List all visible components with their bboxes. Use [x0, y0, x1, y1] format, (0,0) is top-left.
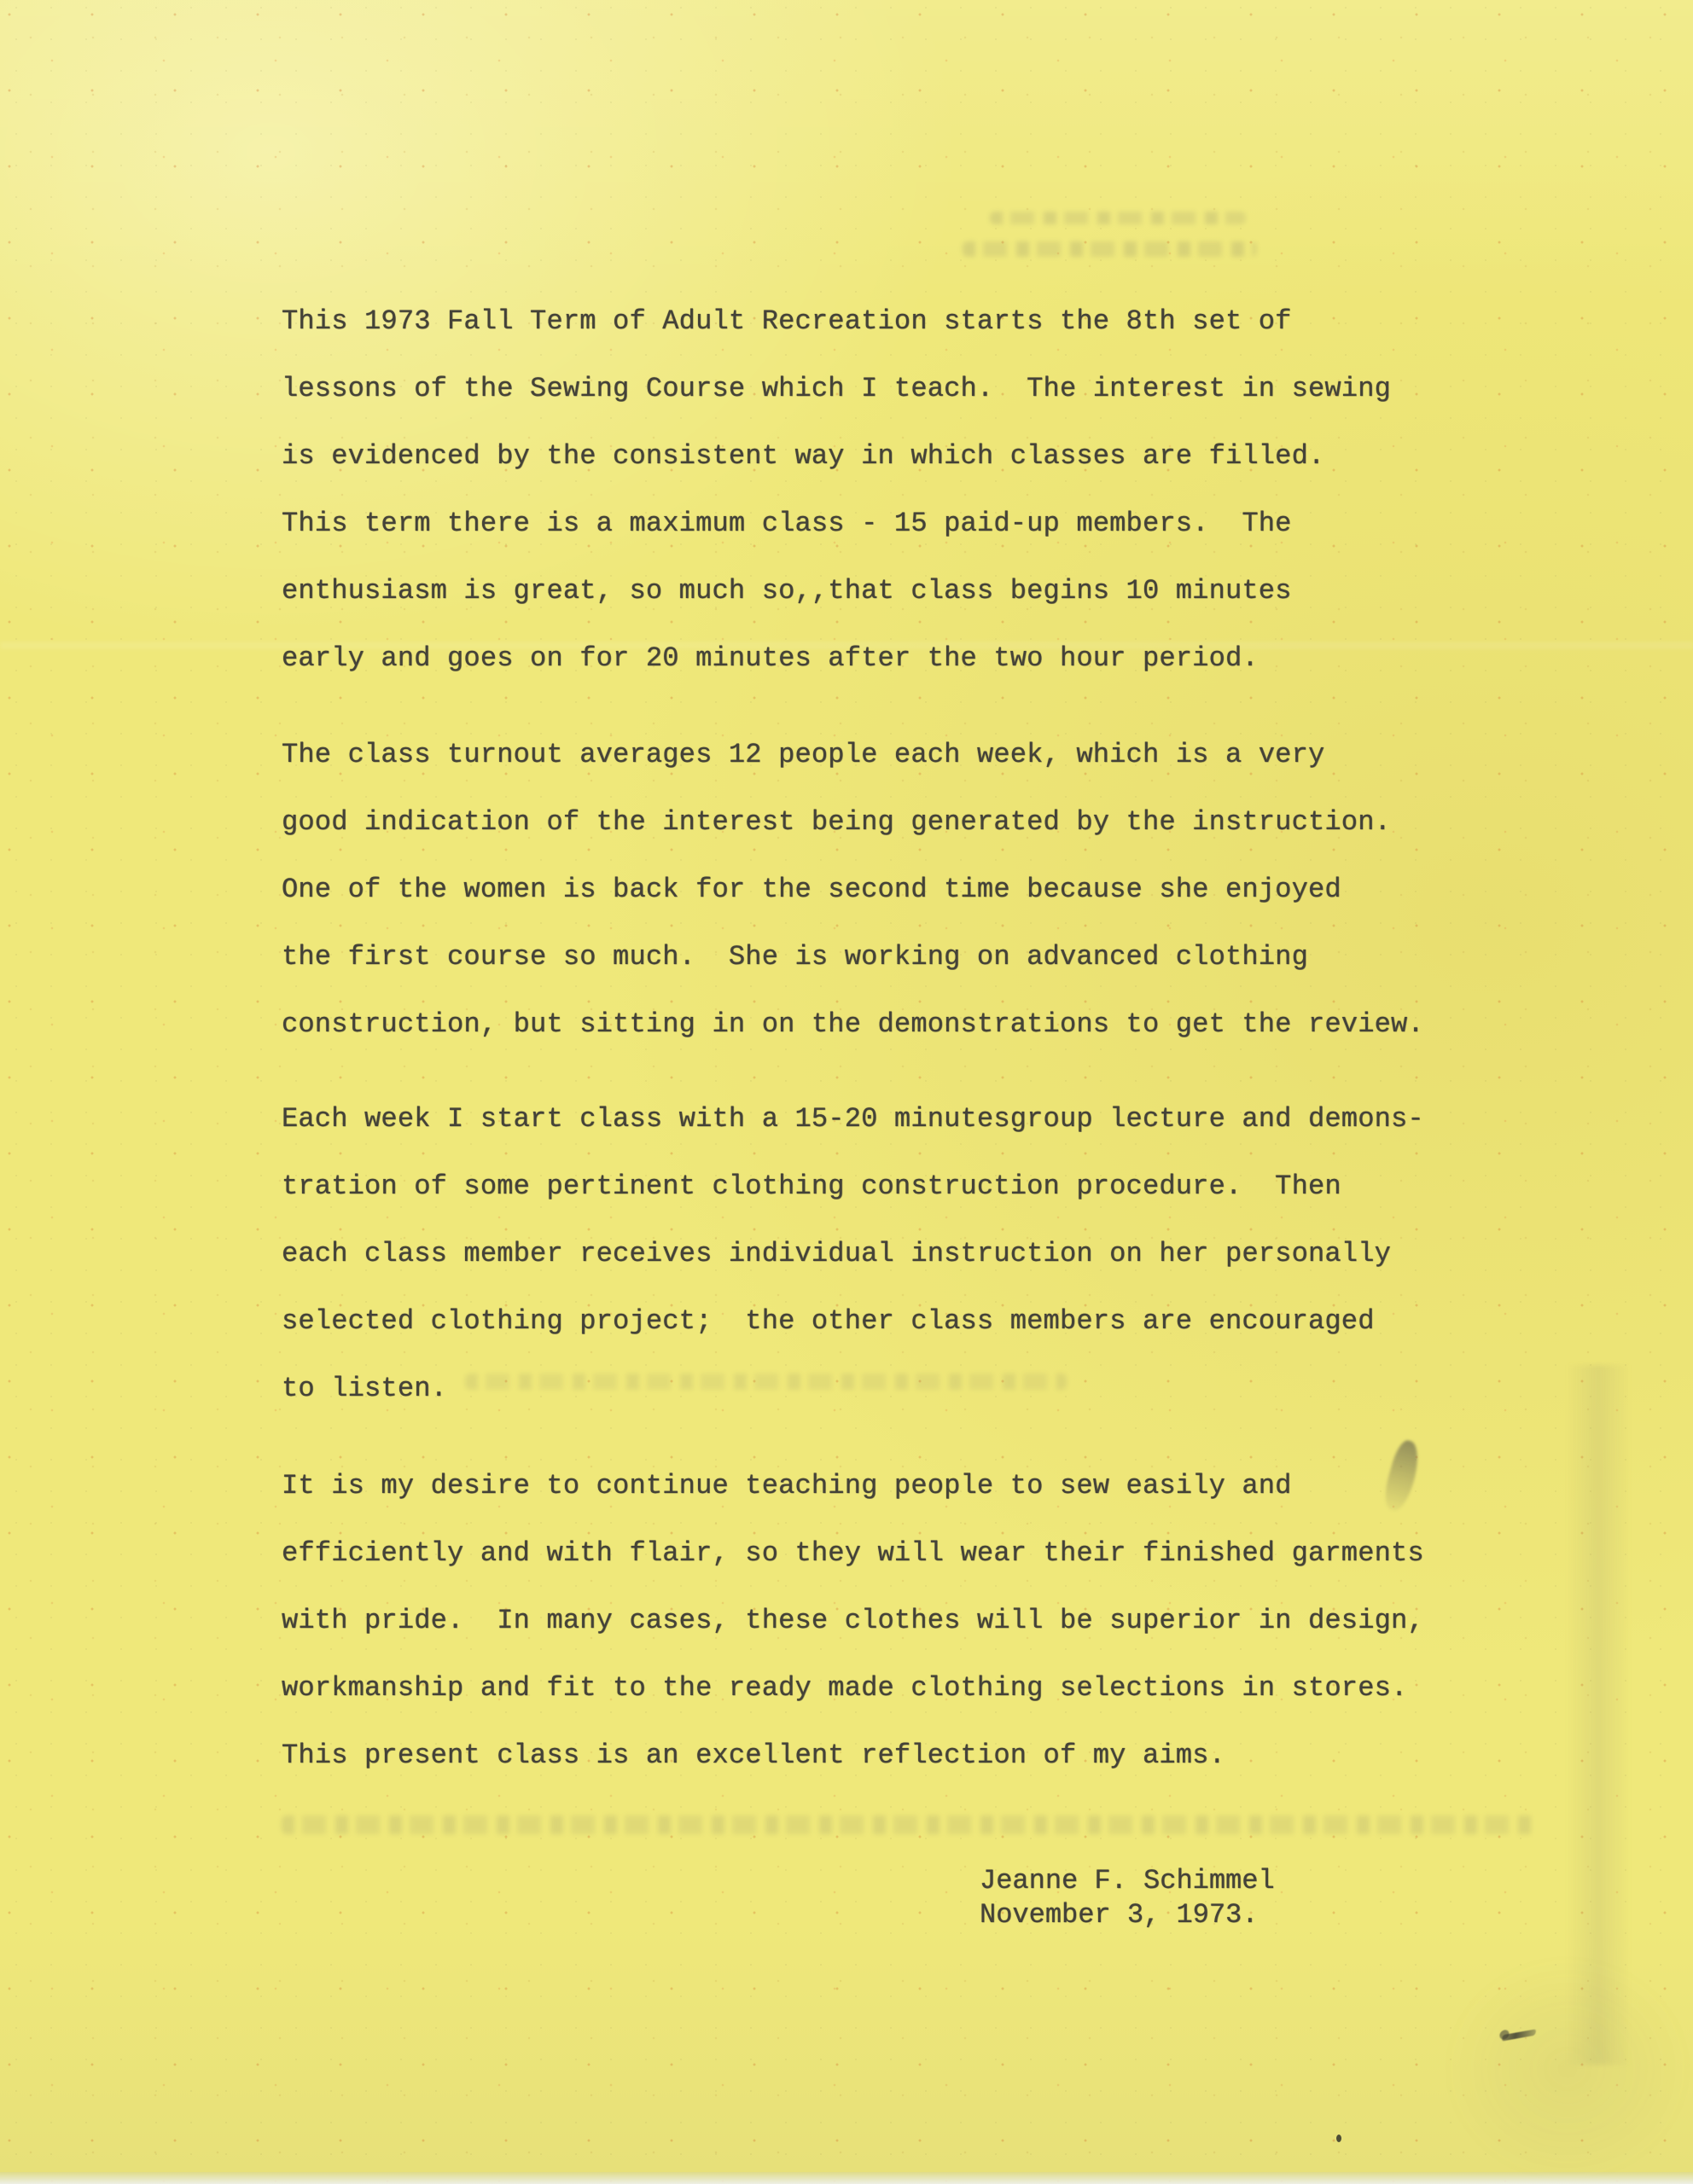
text-line: with pride. In many cases, these clothes… [282, 1604, 1424, 1638]
bleedthrough-text-artifact [990, 212, 1246, 224]
text-line: early and goes on for 20 minutes after t… [282, 642, 1259, 676]
bleedthrough-text-artifact [465, 1374, 1067, 1390]
signature-date: November 3, 1973. [980, 1898, 1275, 1932]
text-line: the first course so much. She is working… [282, 940, 1308, 974]
text-line: lessons of the Sewing Course which I tea… [282, 372, 1391, 406]
text-line: The class turnout averages 12 people eac… [282, 738, 1324, 772]
text-line: tration of some pertinent clothing const… [282, 1170, 1341, 1204]
text-line: workmanship and fit to the ready made cl… [282, 1671, 1407, 1705]
scanned-letter-page: This 1973 Fall Term of Adult Recreation … [0, 0, 1693, 2184]
text-line: efficiently and with flair, so they will… [282, 1536, 1424, 1571]
scan-edge-artifact [0, 2172, 1693, 2184]
text-line: good indication of the interest being ge… [282, 805, 1391, 839]
text-line: Each week I start class with a 15-20 min… [282, 1102, 1424, 1136]
bleedthrough-text-artifact [963, 241, 1257, 257]
ink-speck-artifact [1336, 2135, 1341, 2142]
corner-smudge-artifact [1442, 1954, 1693, 2184]
pencil-smudge-artifact [1380, 1438, 1424, 1513]
text-line: This term there is a maximum class - 15 … [282, 507, 1292, 541]
text-line: This 1973 Fall Term of Adult Recreation … [282, 305, 1292, 339]
signature-name: Jeanne F. Schimmel [980, 1864, 1275, 1898]
text-line: enthusiasm is great, so much so,,that cl… [282, 574, 1292, 608]
signature-block: Jeanne F. Schimmel November 3, 1973. [980, 1864, 1275, 1932]
text-line: One of the women is back for the second … [282, 873, 1341, 907]
text-line: construction, but sitting in on the demo… [282, 1008, 1424, 1042]
text-line: to listen. [282, 1372, 447, 1406]
text-line: is evidenced by the consistent way in wh… [282, 439, 1324, 473]
text-line: This present class is an excellent refle… [282, 1739, 1225, 1773]
bleedthrough-text-artifact [282, 1815, 1536, 1834]
text-line: selected clothing project; the other cla… [282, 1304, 1375, 1339]
text-line: It is my desire to continue teaching peo… [282, 1469, 1292, 1503]
text-line: each class member receives individual in… [282, 1237, 1391, 1271]
